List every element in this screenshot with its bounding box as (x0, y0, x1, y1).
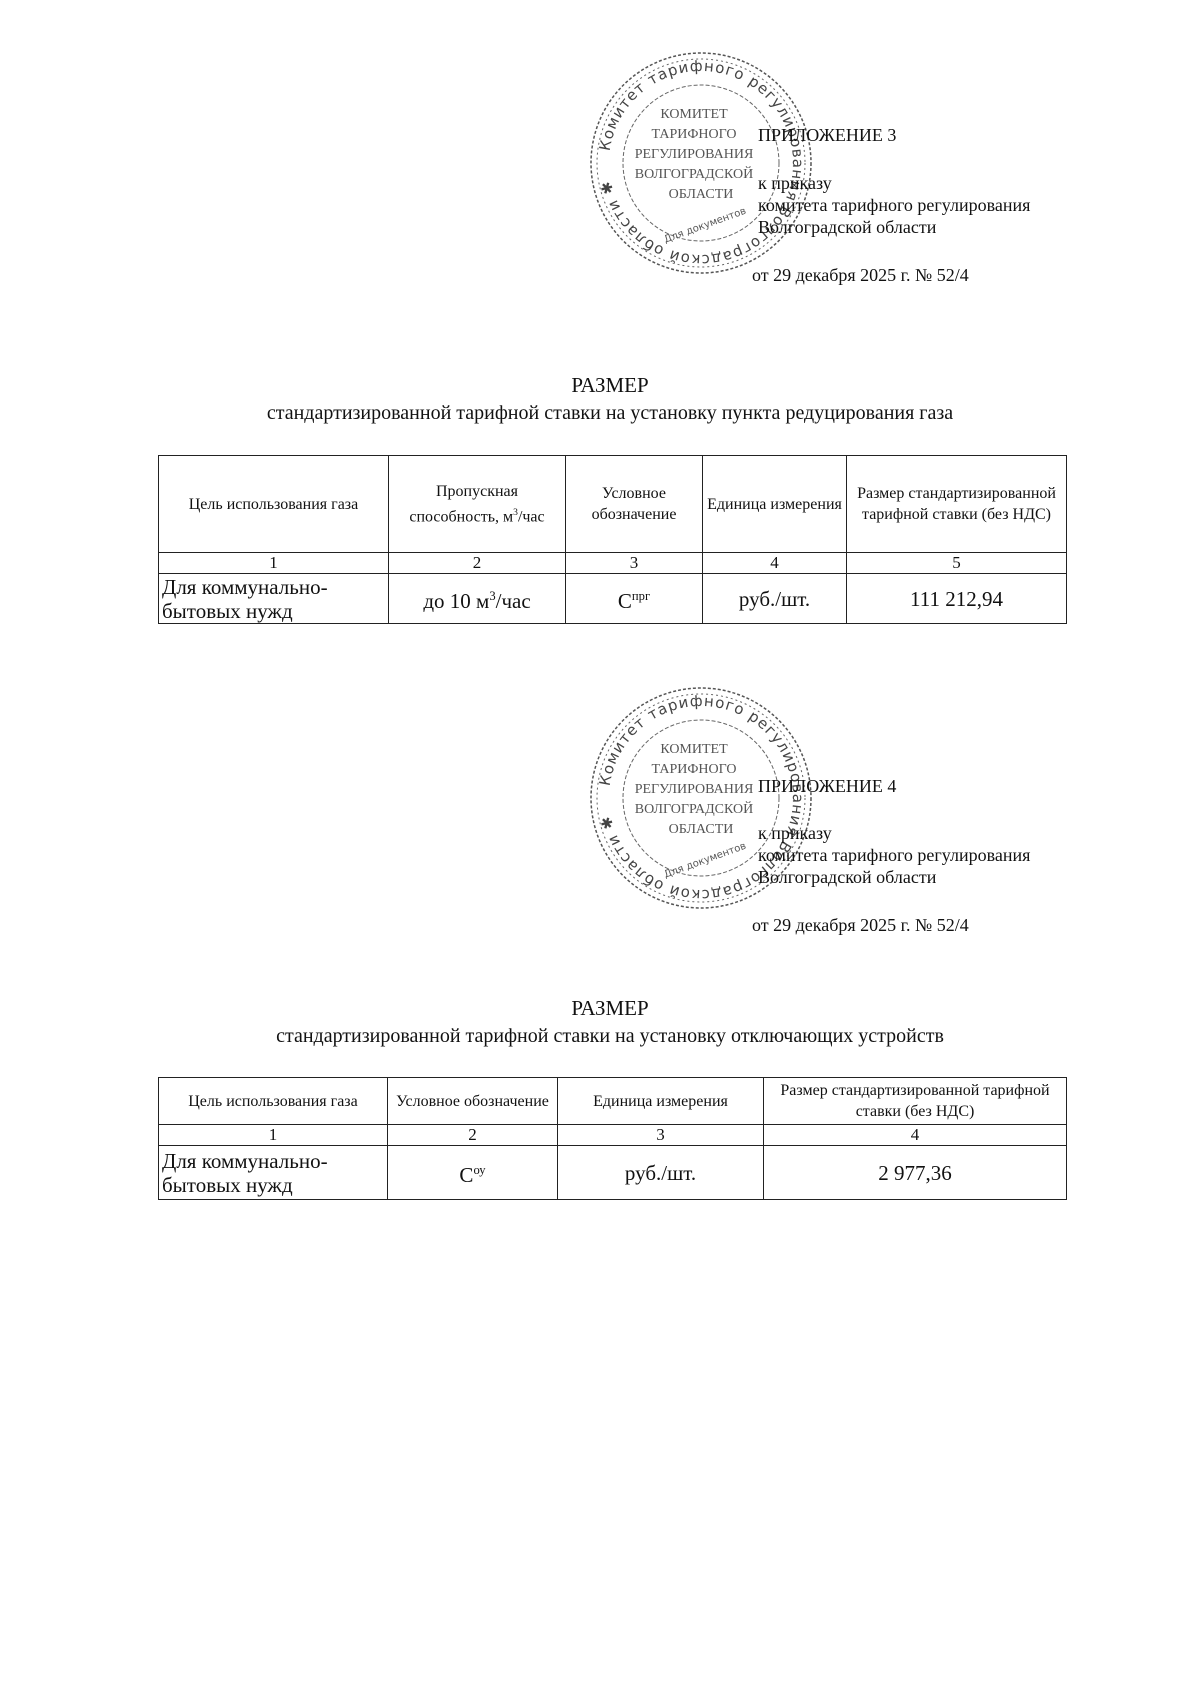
column-number: 5 (847, 553, 1067, 574)
appendix-3-header: ПРИЛОЖЕНИЕ 3 (758, 124, 896, 146)
column-number: 1 (159, 553, 389, 574)
section-1-heading: РАЗМЕР (0, 372, 1200, 398)
svg-text:ТАРИФНОГО: ТАРИФНОГО (652, 127, 737, 142)
column-number-row: 1 2 3 4 (159, 1125, 1067, 1146)
appendix-3-date: от 29 декабря 2025 г. № 52/4 (752, 264, 969, 286)
order-date: от 29 декабря 2025 г. № 52/4 (752, 914, 969, 936)
header-purpose: Цель использования газа (159, 1078, 388, 1125)
appendix-4-header: ПРИЛОЖЕНИЕ 4 (758, 775, 896, 797)
rate-table-pressure-reduction: Цель использования газа Пропускная спосо… (158, 455, 1067, 624)
column-number: 3 (558, 1125, 764, 1146)
rate-table-shutoff-devices: Цель использования газа Условное обознач… (158, 1077, 1067, 1200)
cell-symbol: Спрг (566, 574, 703, 624)
appendix-4-reference: к приказу комитета тарифного регулирован… (758, 822, 1030, 888)
section-1-subheading: стандартизированной тарифной ставки на у… (0, 400, 1200, 426)
header-unit: Единица измерения (703, 456, 847, 553)
appendix-line-order: к приказу (758, 822, 1030, 844)
column-number: 2 (389, 553, 566, 574)
column-number: 4 (764, 1125, 1067, 1146)
appendix-4-date: от 29 декабря 2025 г. № 52/4 (752, 914, 969, 936)
column-number: 3 (566, 553, 703, 574)
svg-text:КОМИТЕТ: КОМИТЕТ (660, 107, 728, 122)
svg-text:КОМИТЕТ: КОМИТЕТ (660, 742, 728, 757)
svg-text:Для документов: Для документов (663, 841, 748, 881)
appendix-line-committee: комитета тарифного регулирования (758, 194, 1030, 216)
table-header-row: Цель использования газа Пропускная спосо… (159, 456, 1067, 553)
header-purpose: Цель использования газа (159, 456, 389, 553)
official-stamp: Комитет тарифного регулирования Волгогра… (586, 48, 816, 278)
column-number: 1 (159, 1125, 388, 1146)
appendix-line-region: Волгоградской области (758, 866, 1030, 888)
svg-text:РЕГУЛИРОВАНИЯ: РЕГУЛИРОВАНИЯ (635, 782, 754, 797)
svg-text:ВОЛГОГРАДСКОЙ: ВОЛГОГРАДСКОЙ (635, 165, 753, 182)
cell-purpose: Для коммунально-бытовых нужд (159, 1146, 388, 1200)
appendix-title: ПРИЛОЖЕНИЕ 4 (758, 775, 896, 797)
svg-text:ОБЛАСТИ: ОБЛАСТИ (669, 187, 734, 202)
header-symbol: Условное обозначение (566, 456, 703, 553)
table-row: Для коммунально-бытовых нужд до 10 м3/ча… (159, 574, 1067, 624)
column-number-row: 1 2 3 4 5 (159, 553, 1067, 574)
column-number: 4 (703, 553, 847, 574)
table-header-row: Цель использования газа Условное обознач… (159, 1078, 1067, 1125)
table-row: Для коммунально-бытовых нужд Соу руб./шт… (159, 1146, 1067, 1200)
appendix-title: ПРИЛОЖЕНИЕ 3 (758, 124, 896, 146)
cell-unit: руб./шт. (703, 574, 847, 624)
cell-symbol: Соу (388, 1146, 558, 1200)
svg-text:ТАРИФНОГО: ТАРИФНОГО (652, 762, 737, 777)
header-unit: Единица измерения (558, 1078, 764, 1125)
header-symbol: Условное обозначение (388, 1078, 558, 1125)
cell-capacity: до 10 м3/час (389, 574, 566, 624)
cell-rate: 111 212,94 (847, 574, 1067, 624)
cell-purpose: Для коммунально-бытовых нужд (159, 574, 389, 624)
svg-text:Для документов: Для документов (663, 206, 748, 246)
svg-text:РЕГУЛИРОВАНИЯ: РЕГУЛИРОВАНИЯ (635, 147, 754, 162)
appendix-line-committee: комитета тарифного регулирования (758, 844, 1030, 866)
cell-rate: 2 977,36 (764, 1146, 1067, 1200)
stamp-seal-icon: Комитет тарифного регулирования Волгогра… (586, 48, 816, 278)
column-number: 2 (388, 1125, 558, 1146)
header-rate: Размер стандартизированной тарифной став… (847, 456, 1067, 553)
section-2-subheading: стандартизированной тарифной ставки на у… (0, 1023, 1200, 1049)
appendix-line-order: к приказу (758, 172, 1030, 194)
header-rate: Размер стандартизированной тарифной став… (764, 1078, 1067, 1125)
order-date: от 29 декабря 2025 г. № 52/4 (752, 264, 969, 286)
header-capacity: Пропускная способность, м3/час (389, 456, 566, 553)
svg-text:ОБЛАСТИ: ОБЛАСТИ (669, 822, 734, 837)
cell-unit: руб./шт. (558, 1146, 764, 1200)
appendix-line-region: Волгоградской области (758, 216, 1030, 238)
section-2-heading: РАЗМЕР (0, 995, 1200, 1021)
svg-text:ВОЛГОГРАДСКОЙ: ВОЛГОГРАДСКОЙ (635, 800, 753, 817)
appendix-3-reference: к приказу комитета тарифного регулирован… (758, 172, 1030, 238)
